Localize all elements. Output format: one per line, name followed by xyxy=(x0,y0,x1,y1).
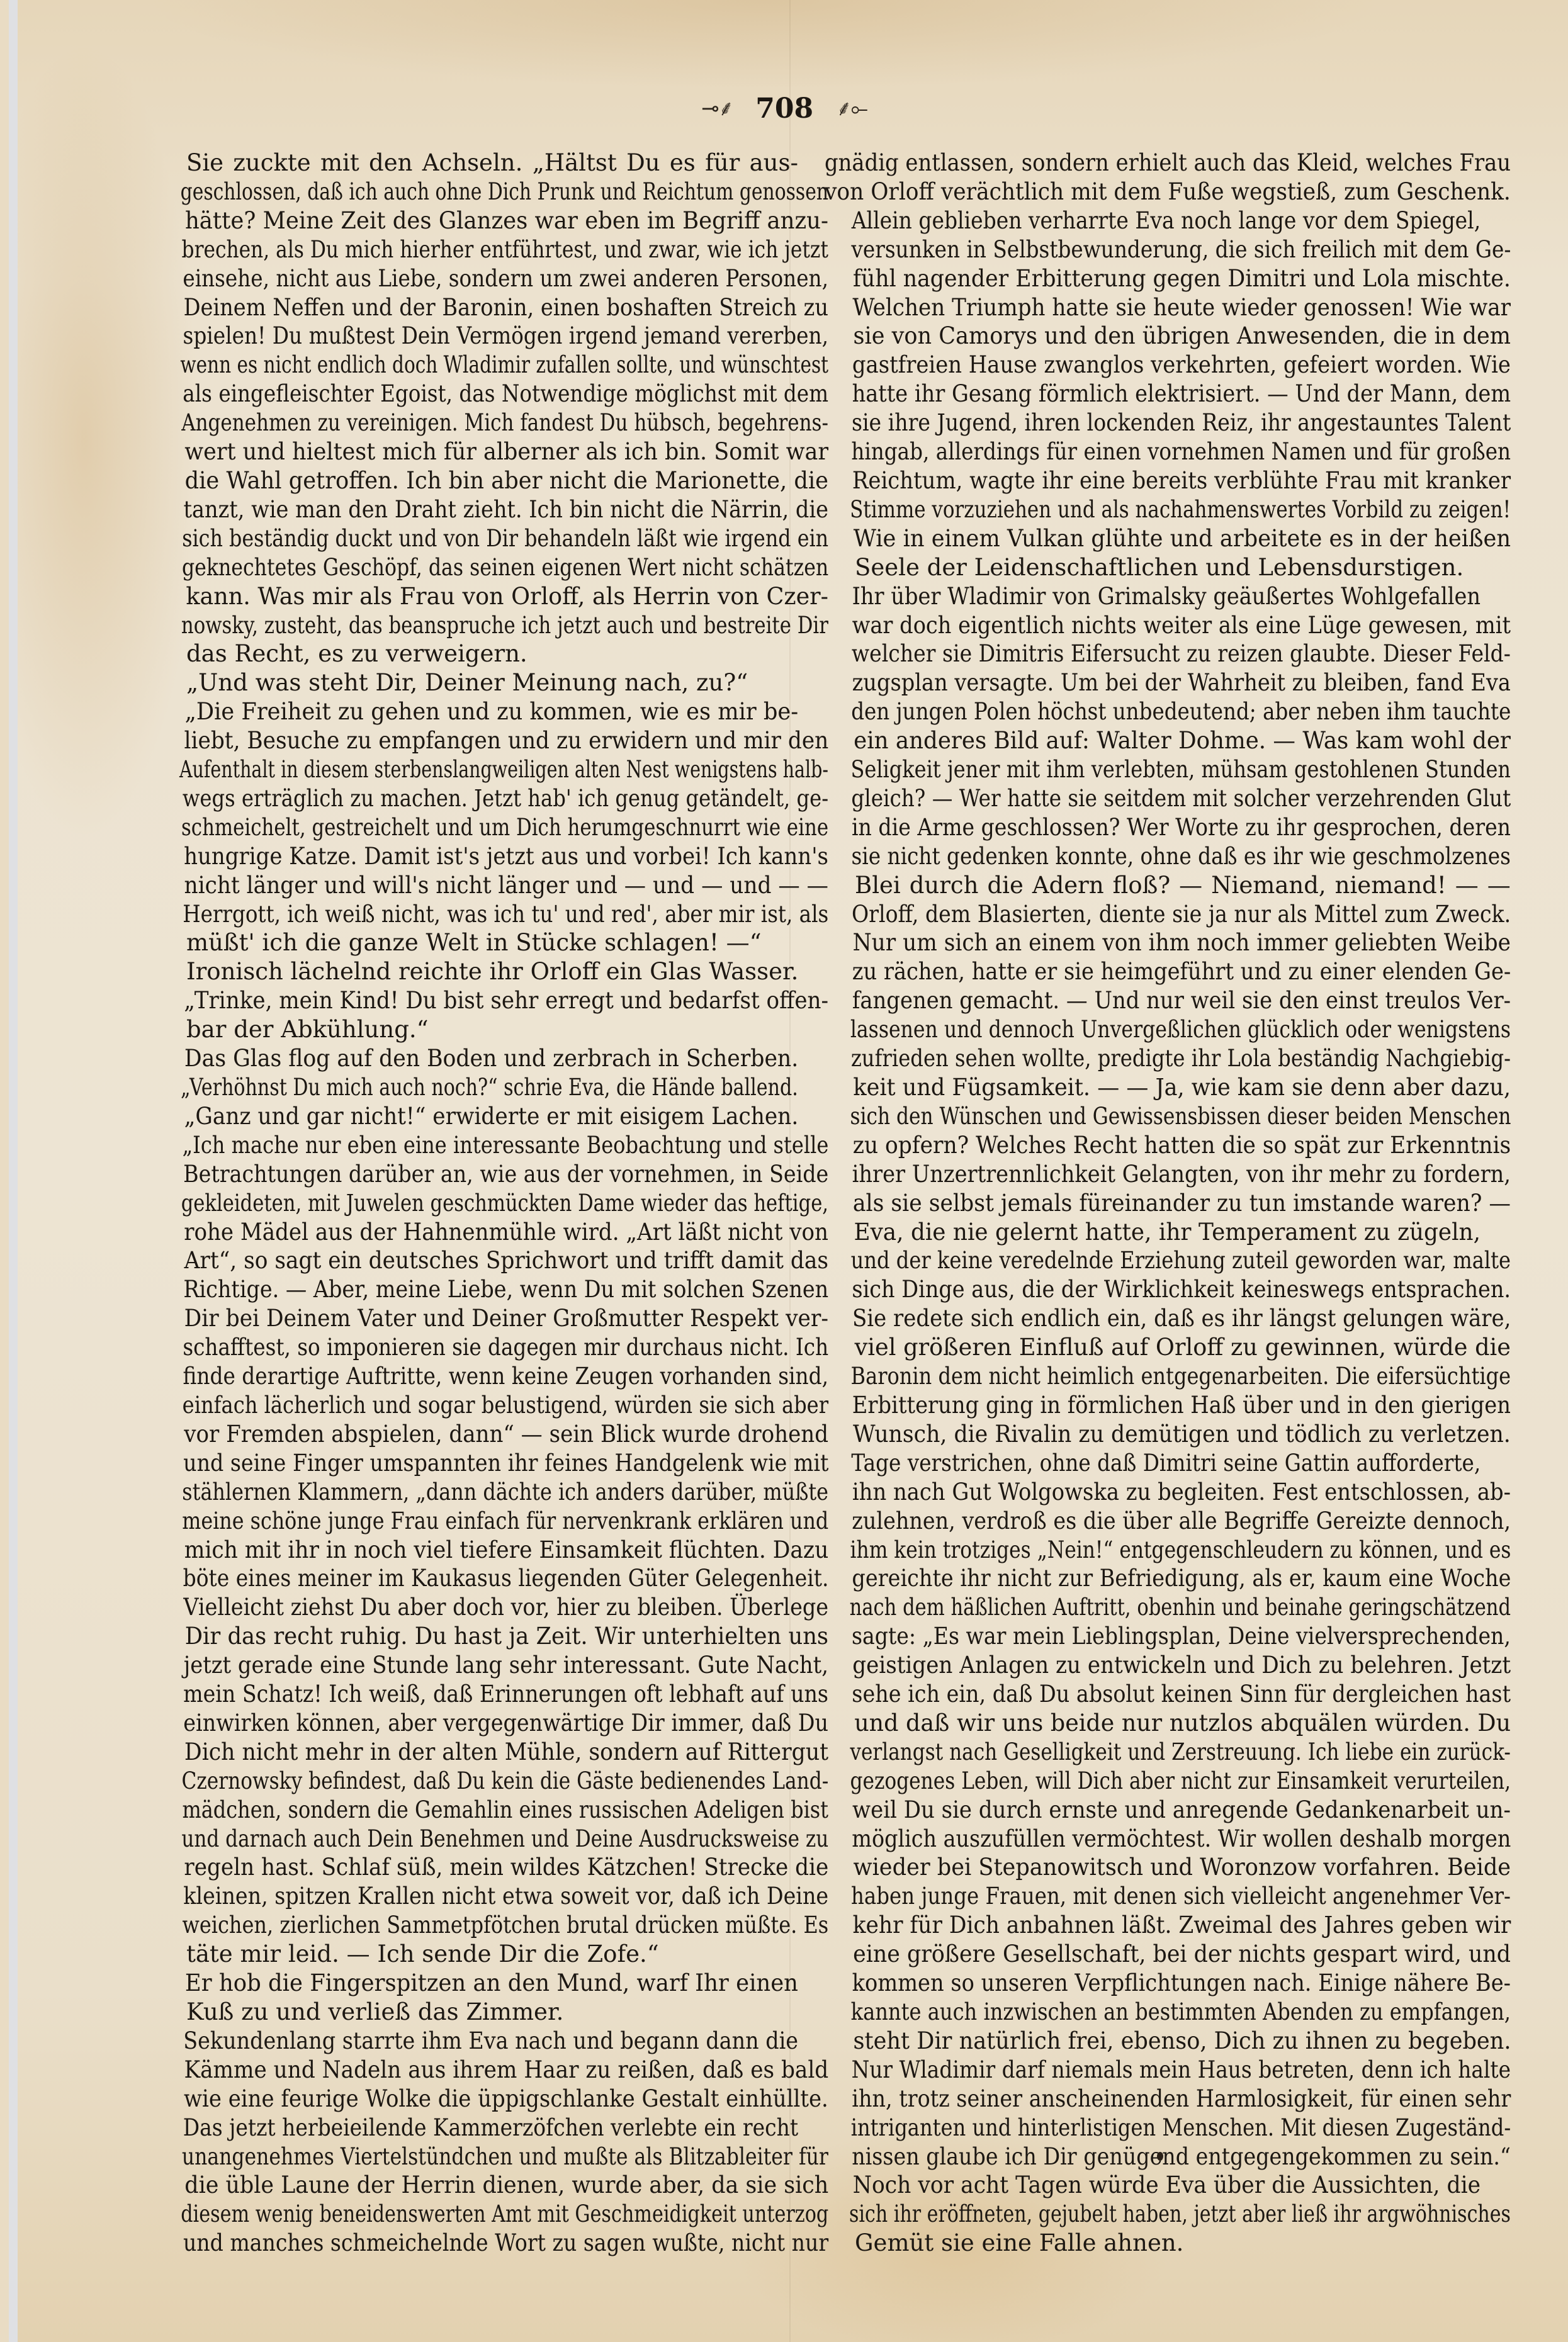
text-line: den jungen Polen höchst unbedeutend; abe… xyxy=(825,697,1511,726)
left-column: Sie zuckte mit den Achseln. „Hältst Du e… xyxy=(156,149,828,2258)
text-line: fühl nagender Erbitterung gegen Dimitri … xyxy=(825,264,1511,293)
text-line: steht Dir natürlich frei, ebenso, Dich z… xyxy=(825,2027,1511,2056)
text-line: Gemüt sie eine Falle ahnen. xyxy=(825,2229,1511,2258)
scan-edge xyxy=(9,0,18,2342)
text-line: und seine Finger umspannten ihr feines H… xyxy=(156,1449,828,1478)
paragraph: Sie zuckte mit den Achseln. „Hältst Du e… xyxy=(156,149,828,668)
text-line: gastfreien Hause zwanglos verkehrten, ge… xyxy=(825,351,1511,380)
text-line: von Orloff verächtlich mit dem Fuße wegs… xyxy=(825,177,1511,206)
text-line: Sie redete sich endlich ein, daß es ihr … xyxy=(825,1304,1511,1333)
text-line: Orloff, dem Blasierten, diente sie ja nu… xyxy=(825,900,1511,929)
paragraph: „Ganz und gar nicht!“ erwiderte er mit e… xyxy=(156,1102,828,1969)
text-line: „Ich mache nur eben eine interessante Be… xyxy=(156,1131,828,1160)
text-line: hatte ihr Gesang förmlich elektrisiert. … xyxy=(825,380,1511,408)
text-line: hungrige Katze. Damit ist's jetzt aus un… xyxy=(156,842,828,871)
text-line: Sie zuckte mit den Achseln. „Hältst Du e… xyxy=(156,149,828,177)
text-line: gezogenes Leben, will Dich aber nicht zu… xyxy=(825,1767,1511,1796)
text-line: haben junge Frauen, mit denen sich viell… xyxy=(825,1882,1511,1911)
paragraph: Noch vor acht Tagen würde Eva über die A… xyxy=(825,2171,1511,2258)
text-line: Stimme vorzuziehen und als nachahmenswer… xyxy=(825,495,1511,524)
text-line: lassenen und dennoch Unvergeßlichen glüc… xyxy=(825,1015,1511,1044)
paragraph: „Verhöhnst Du mich auch noch?“ schrie Ev… xyxy=(156,1073,828,1102)
text-line: wieder bei Stepanowitsch und Woronzow vo… xyxy=(825,1853,1511,1882)
text-line: zulehnen, verdroß es die über alle Begri… xyxy=(825,1507,1511,1536)
text-line: stählernen Klammern, „dann dächte ich an… xyxy=(156,1478,828,1507)
text-line: Seligkeit jener mit ihm verlebten, mühsa… xyxy=(825,755,1511,784)
text-line: sie von Camorys und den übrigen Anwesend… xyxy=(825,322,1511,351)
text-line: sehe ich ein, daß Du absolut keinen Sinn… xyxy=(825,1680,1511,1709)
text-line: eine größere Gesellschaft, bei der nicht… xyxy=(825,1940,1511,1969)
paragraph: Das jetzt herbeieilende Kammerzöfchen ve… xyxy=(156,2114,828,2258)
text-line: wie eine feurige Wolke die üppigschlanke… xyxy=(156,2085,828,2114)
text-line: Wie in einem Vulkan glühte und arbeitete… xyxy=(825,524,1511,553)
text-line: kannte auch inzwischen an bestimmten Abe… xyxy=(825,1998,1511,2027)
text-line: brechen, als Du mich hierher entführtest… xyxy=(156,235,828,264)
text-line: Eva, die nie gelernt hatte, ihr Temperam… xyxy=(825,1218,1481,1247)
text-line: Kämme und Nadeln aus ihrem Haar zu reiße… xyxy=(156,2056,828,2085)
text-line: Deinem Neffen und der Baronin, einen bos… xyxy=(156,293,828,322)
text-line: Dir bei Deinem Vater und Deiner Großmutt… xyxy=(156,1304,828,1333)
text-line: die Wahl getroffen. Ich bin aber nicht d… xyxy=(156,466,828,495)
text-line: einsehe, nicht aus Liebe, sondern um zwe… xyxy=(156,264,828,293)
text-line: unangenehmes Viertelstündchen und mußte … xyxy=(156,2142,828,2171)
text-line: als sie selbst jemals füreinander zu tun… xyxy=(825,1189,1511,1218)
text-line: kehr für Dich anbahnen läßt. Zweimal des… xyxy=(825,1911,1511,1940)
text-line: kleinen, spitzen Krallen nicht etwa sowe… xyxy=(156,1882,828,1911)
text-line: jetzt gerade eine Stunde lang sehr inter… xyxy=(156,1651,828,1680)
text-line: bar der Abkühlung.“ xyxy=(156,1015,828,1044)
text-line: kann. Was mir als Frau von Orloff, als H… xyxy=(156,582,828,611)
text-line: als eingefleischter Egoist, das Notwendi… xyxy=(156,380,828,408)
text-line: kommen so unseren Verpflichtungen nach. … xyxy=(825,1969,1511,1998)
text-line: Dich nicht mehr in der alten Mühle, sond… xyxy=(156,1738,828,1767)
text-line: Vielleicht ziehst Du aber doch vor, hier… xyxy=(156,1593,828,1622)
text-line: weil Du sie durch ernste und anregende G… xyxy=(825,1796,1511,1825)
text-line: hingab, allerdings für einen vornehmen N… xyxy=(825,437,1511,466)
text-line: intriganten und hinterlistigen Menschen.… xyxy=(825,2114,1511,2142)
text-line: Tage verstrichen, ohne daß Dimitri seine… xyxy=(825,1449,1481,1478)
text-line: sagte: „Es war mein Lieblingsplan, Deine… xyxy=(825,1622,1511,1651)
text-line: „Verhöhnst Du mich auch noch?“ schrie Ev… xyxy=(156,1073,798,1102)
text-line: Art“, so sagt ein deutsches Sprichwort u… xyxy=(156,1246,828,1275)
text-line: sich beständig duckt und von Dir behande… xyxy=(156,524,828,553)
text-line: sie ihre Jugend, ihren lockenden Reiz, i… xyxy=(825,408,1511,437)
text-line: „Trinke, mein Kind! Du bist sehr erregt … xyxy=(156,986,828,1015)
text-line: regeln hast. Schlaf süß, mein wildes Kät… xyxy=(156,1853,828,1882)
text-line: Herrgott, ich weiß nicht, was ich tu' un… xyxy=(156,900,828,929)
paragraph: Das Glas flog auf den Boden und zerbrach… xyxy=(156,1044,828,1073)
text-line: „Die Freiheit zu gehen und zu kommen, wi… xyxy=(156,697,798,726)
text-line: ein anderes Bild auf: Walter Dohme. — Wa… xyxy=(825,726,1511,755)
ink-speck xyxy=(1157,2152,1163,2161)
text-line: nowsky, zusteht, das beanspruche ich jet… xyxy=(156,611,828,640)
ornament-left-icon: ⊸⸙ xyxy=(701,96,733,121)
text-line: viel größeren Einfluß auf Orloff zu gewi… xyxy=(825,1333,1511,1362)
page-number: 708 xyxy=(755,93,813,125)
text-line: ihrer Unzertrennlichkeit Gelangten, von … xyxy=(825,1160,1511,1189)
text-line: diesem wenig beneidenswerten Amt mit Ges… xyxy=(156,2200,828,2229)
text-line: zu rächen, hatte er sie heimgeführt und … xyxy=(825,957,1511,986)
text-line: Aufenthalt in diesem sterbenslangweilige… xyxy=(156,755,828,784)
text-line: Seele der Leidenschaftlichen und Lebensd… xyxy=(825,553,1511,582)
text-line: versunken in Selbstbewunderung, die sich… xyxy=(825,235,1511,264)
text-line: Angenehmen zu vereinigen. Mich fandest D… xyxy=(156,408,828,437)
text-line: mich mit ihr in noch viel tiefere Einsam… xyxy=(156,1536,828,1565)
text-line: Ihr über Wladimir von Grimalsky geäußert… xyxy=(825,582,1481,611)
text-line: gleich? — Wer hatte sie seitdem mit solc… xyxy=(825,784,1511,813)
text-line: Er hob die Fingerspitzen an den Mund, wa… xyxy=(156,1969,798,1998)
text-line: geschlossen, daß ich auch ohne Dich Prun… xyxy=(156,177,828,206)
text-line: ihn nach Gut Wolgowska zu begleiten. Fes… xyxy=(825,1478,1511,1507)
text-line: Richtige. — Aber, meine Liebe, wenn Du m… xyxy=(156,1275,828,1304)
text-line: keit und Fügsamkeit. — — Ja, wie kam sie… xyxy=(825,1073,1511,1102)
text-line: Das Glas flog auf den Boden und zerbrach… xyxy=(156,1044,798,1073)
text-line: meine schöne junge Frau einfach für nerv… xyxy=(156,1507,828,1536)
text-line: Czernowsky befindest, daß Du kein die Gä… xyxy=(156,1767,828,1796)
text-line: Reichtum, wagte ihr eine bereits verblüh… xyxy=(825,466,1511,495)
text-line: einwirken können, aber vergegenwärtige D… xyxy=(156,1709,828,1738)
text-line: das Recht, es zu verweigern. xyxy=(156,639,828,668)
text-line: ihm kein trotziges „Nein!“ entgegenschle… xyxy=(825,1536,1511,1565)
paragraph: Ironisch lächelnd reichte ihr Orloff ein… xyxy=(156,957,828,1044)
text-line: wegs erträglich zu machen. Jetzt hab' ic… xyxy=(156,784,828,813)
text-line: sich ihr eröffneten, gejubelt haben, jet… xyxy=(825,2200,1511,2229)
text-line: Baronin dem nicht heimlich entgegenarbei… xyxy=(825,1362,1511,1391)
text-line: zufrieden sehen wollte, predigte ihr Lol… xyxy=(825,1044,1511,1073)
text-line: „Ganz und gar nicht!“ erwiderte er mit e… xyxy=(156,1102,798,1131)
text-line: und manches schmeichelnde Wort zu sagen … xyxy=(156,2229,828,2258)
text-line: fangenen gemacht. — Und nur weil sie den… xyxy=(825,986,1511,1015)
text-line: nicht länger und will's nicht länger und… xyxy=(156,871,828,900)
text-line: Ironisch lächelnd reichte ihr Orloff ein… xyxy=(156,957,828,986)
text-line: schmeichelt, gestreichelt und um Dich he… xyxy=(156,813,828,842)
text-line: Nur Wladimir darf niemals mein Haus betr… xyxy=(825,2056,1511,2085)
text-line: zu opfern? Welches Recht hatten die so s… xyxy=(825,1131,1511,1160)
paragraph: Sekundenlang starrte ihm Eva nach und be… xyxy=(156,2027,828,2114)
text-line: ihn, trotz seiner anscheinenden Harmlosi… xyxy=(825,2085,1511,2114)
text-line: geistigen Anlagen zu entwickeln und Dich… xyxy=(825,1651,1511,1680)
text-line: zugsplan versagte. Um bei der Wahrheit z… xyxy=(825,668,1511,697)
paragraph: „Die Freiheit zu gehen und zu kommen, wi… xyxy=(156,697,828,957)
text-line: wenn es nicht endlich doch Wladimir zufa… xyxy=(156,351,828,380)
text-line: gnädig entlassen, sondern erhielt auch d… xyxy=(825,149,1511,177)
text-line: rohe Mädel aus der Hahnenmühle wird. „Ar… xyxy=(156,1218,828,1247)
text-line: nissen glaube ich Dir genügend entgegeng… xyxy=(825,2142,1511,2171)
paragraph: „Und was steht Dir, Deiner Meinung nach,… xyxy=(156,668,828,697)
text-line: finde derartige Auftritte, wenn keine Ze… xyxy=(156,1362,828,1391)
text-line: Blei durch die Adern floß? — Niemand, ni… xyxy=(825,871,1511,900)
text-line: tanzt, wie man den Draht zieht. Ich bin … xyxy=(156,495,828,524)
text-line: welcher sie Dimitris Eifersucht zu reize… xyxy=(825,639,1511,668)
text-line: spielen! Du mußtest Dein Vermögen irgend… xyxy=(156,322,828,351)
page-header: ⊸⸙ 708 ⸙⟜ xyxy=(0,88,1568,128)
text-line: Sekundenlang starrte ihm Eva nach und be… xyxy=(156,2027,798,2056)
paragraph: Er hob die Fingerspitzen an den Mund, wa… xyxy=(156,1969,828,2027)
text-line: die üble Laune der Herrin dienen, wurde … xyxy=(156,2171,828,2200)
text-line: in die Arme geschlossen? Wer Worte zu ih… xyxy=(825,813,1511,842)
text-line: sie nicht gedenken konnte, ohne daß es i… xyxy=(825,842,1511,871)
text-line: Allein geblieben verharrte Eva noch lang… xyxy=(825,206,1481,235)
text-line: Betrachtungen darüber an, wie aus der vo… xyxy=(156,1160,828,1189)
text-line: möglich auszufüllen vermöchtest. Wir wol… xyxy=(825,1825,1511,1854)
text-line: böte eines meiner im Kaukasus liegenden … xyxy=(156,1564,828,1593)
paragraph: Ihr über Wladimir von Grimalsky geäußert… xyxy=(825,582,1511,1218)
text-line: schafftest, so imponieren sie dagegen mi… xyxy=(156,1333,828,1362)
text-line: Erbitterung ging in förmlichen Haß über … xyxy=(825,1391,1511,1420)
text-line: „Und was steht Dir, Deiner Meinung nach,… xyxy=(156,668,828,697)
text-line: liebt, Besuche zu empfangen und zu erwid… xyxy=(156,726,828,755)
text-line: und daß wir uns beide nur nutzlos abquäl… xyxy=(825,1709,1511,1738)
text-line: weichen, zierlichen Sammetpfötchen bruta… xyxy=(156,1911,828,1940)
text-line: Wunsch, die Rivalin zu demütigen und töd… xyxy=(825,1420,1511,1449)
ornament-right-icon: ⸙⟜ xyxy=(836,96,867,121)
paragraph: Tage verstrichen, ohne daß Dimitri seine… xyxy=(825,1449,1511,2171)
text-line: einfach lächerlich und sogar belustigend… xyxy=(156,1391,828,1420)
text-line: sich Dinge aus, die der Wirklichkeit kei… xyxy=(825,1275,1511,1304)
text-line: Noch vor acht Tagen würde Eva über die A… xyxy=(825,2171,1481,2200)
text-line: Nur um sich an einem von ihm noch immer … xyxy=(825,928,1511,957)
text-line: geknechtetes Geschöpf, das seinen eigene… xyxy=(156,553,828,582)
text-line: Das jetzt herbeieilende Kammerzöfchen ve… xyxy=(156,2114,798,2142)
text-line: mädchen, sondern die Gemahlin eines russ… xyxy=(156,1796,828,1825)
text-line: gekleideten, mit Juwelen geschmückten Da… xyxy=(156,1189,828,1218)
text-line: und darnach auch Dein Benehmen und Deine… xyxy=(156,1825,828,1854)
text-line: Welchen Triumph hatte sie heute wieder g… xyxy=(825,293,1511,322)
text-line: verlangst nach Geselligkeit und Zerstreu… xyxy=(825,1738,1511,1767)
text-line: mein Schatz! Ich weiß, daß Erinnerungen … xyxy=(156,1680,828,1709)
text-line: täte mir leid. — Ich sende Dir die Zofe.… xyxy=(156,1940,828,1969)
text-line: und der keine veredelnde Erziehung zutei… xyxy=(825,1246,1511,1275)
text-line: müßt' ich die ganze Welt in Stücke schla… xyxy=(156,928,828,957)
right-column: gnädig entlassen, sondern erhielt auch d… xyxy=(825,149,1511,2258)
text-line: Dir das recht ruhig. Du hast ja Zeit. Wi… xyxy=(156,1622,828,1651)
text-line: Kuß zu und verließ das Zimmer. xyxy=(156,1998,828,2027)
text-line: sich den Wünschen und Gewissensbissen di… xyxy=(825,1102,1511,1131)
paragraph: Eva, die nie gelernt hatte, ihr Temperam… xyxy=(825,1218,1511,1449)
text-line: war doch eigentlich nichts weiter als ei… xyxy=(825,611,1511,640)
text-line: gereichte ihr nicht zur Befriedigung, al… xyxy=(825,1564,1511,1593)
text-line: vor Fremden abspielen, dann“ — sein Blic… xyxy=(156,1420,828,1449)
text-line: hätte? Meine Zeit des Glanzes war eben i… xyxy=(156,206,828,235)
text-line: nach dem häßlichen Auftritt, obenhin und… xyxy=(825,1593,1511,1622)
text-line: wert und hieltest mich für alberner als … xyxy=(156,437,828,466)
paragraph: Allein geblieben verharrte Eva noch lang… xyxy=(825,206,1511,582)
paragraph: gnädig entlassen, sondern erhielt auch d… xyxy=(825,149,1511,206)
